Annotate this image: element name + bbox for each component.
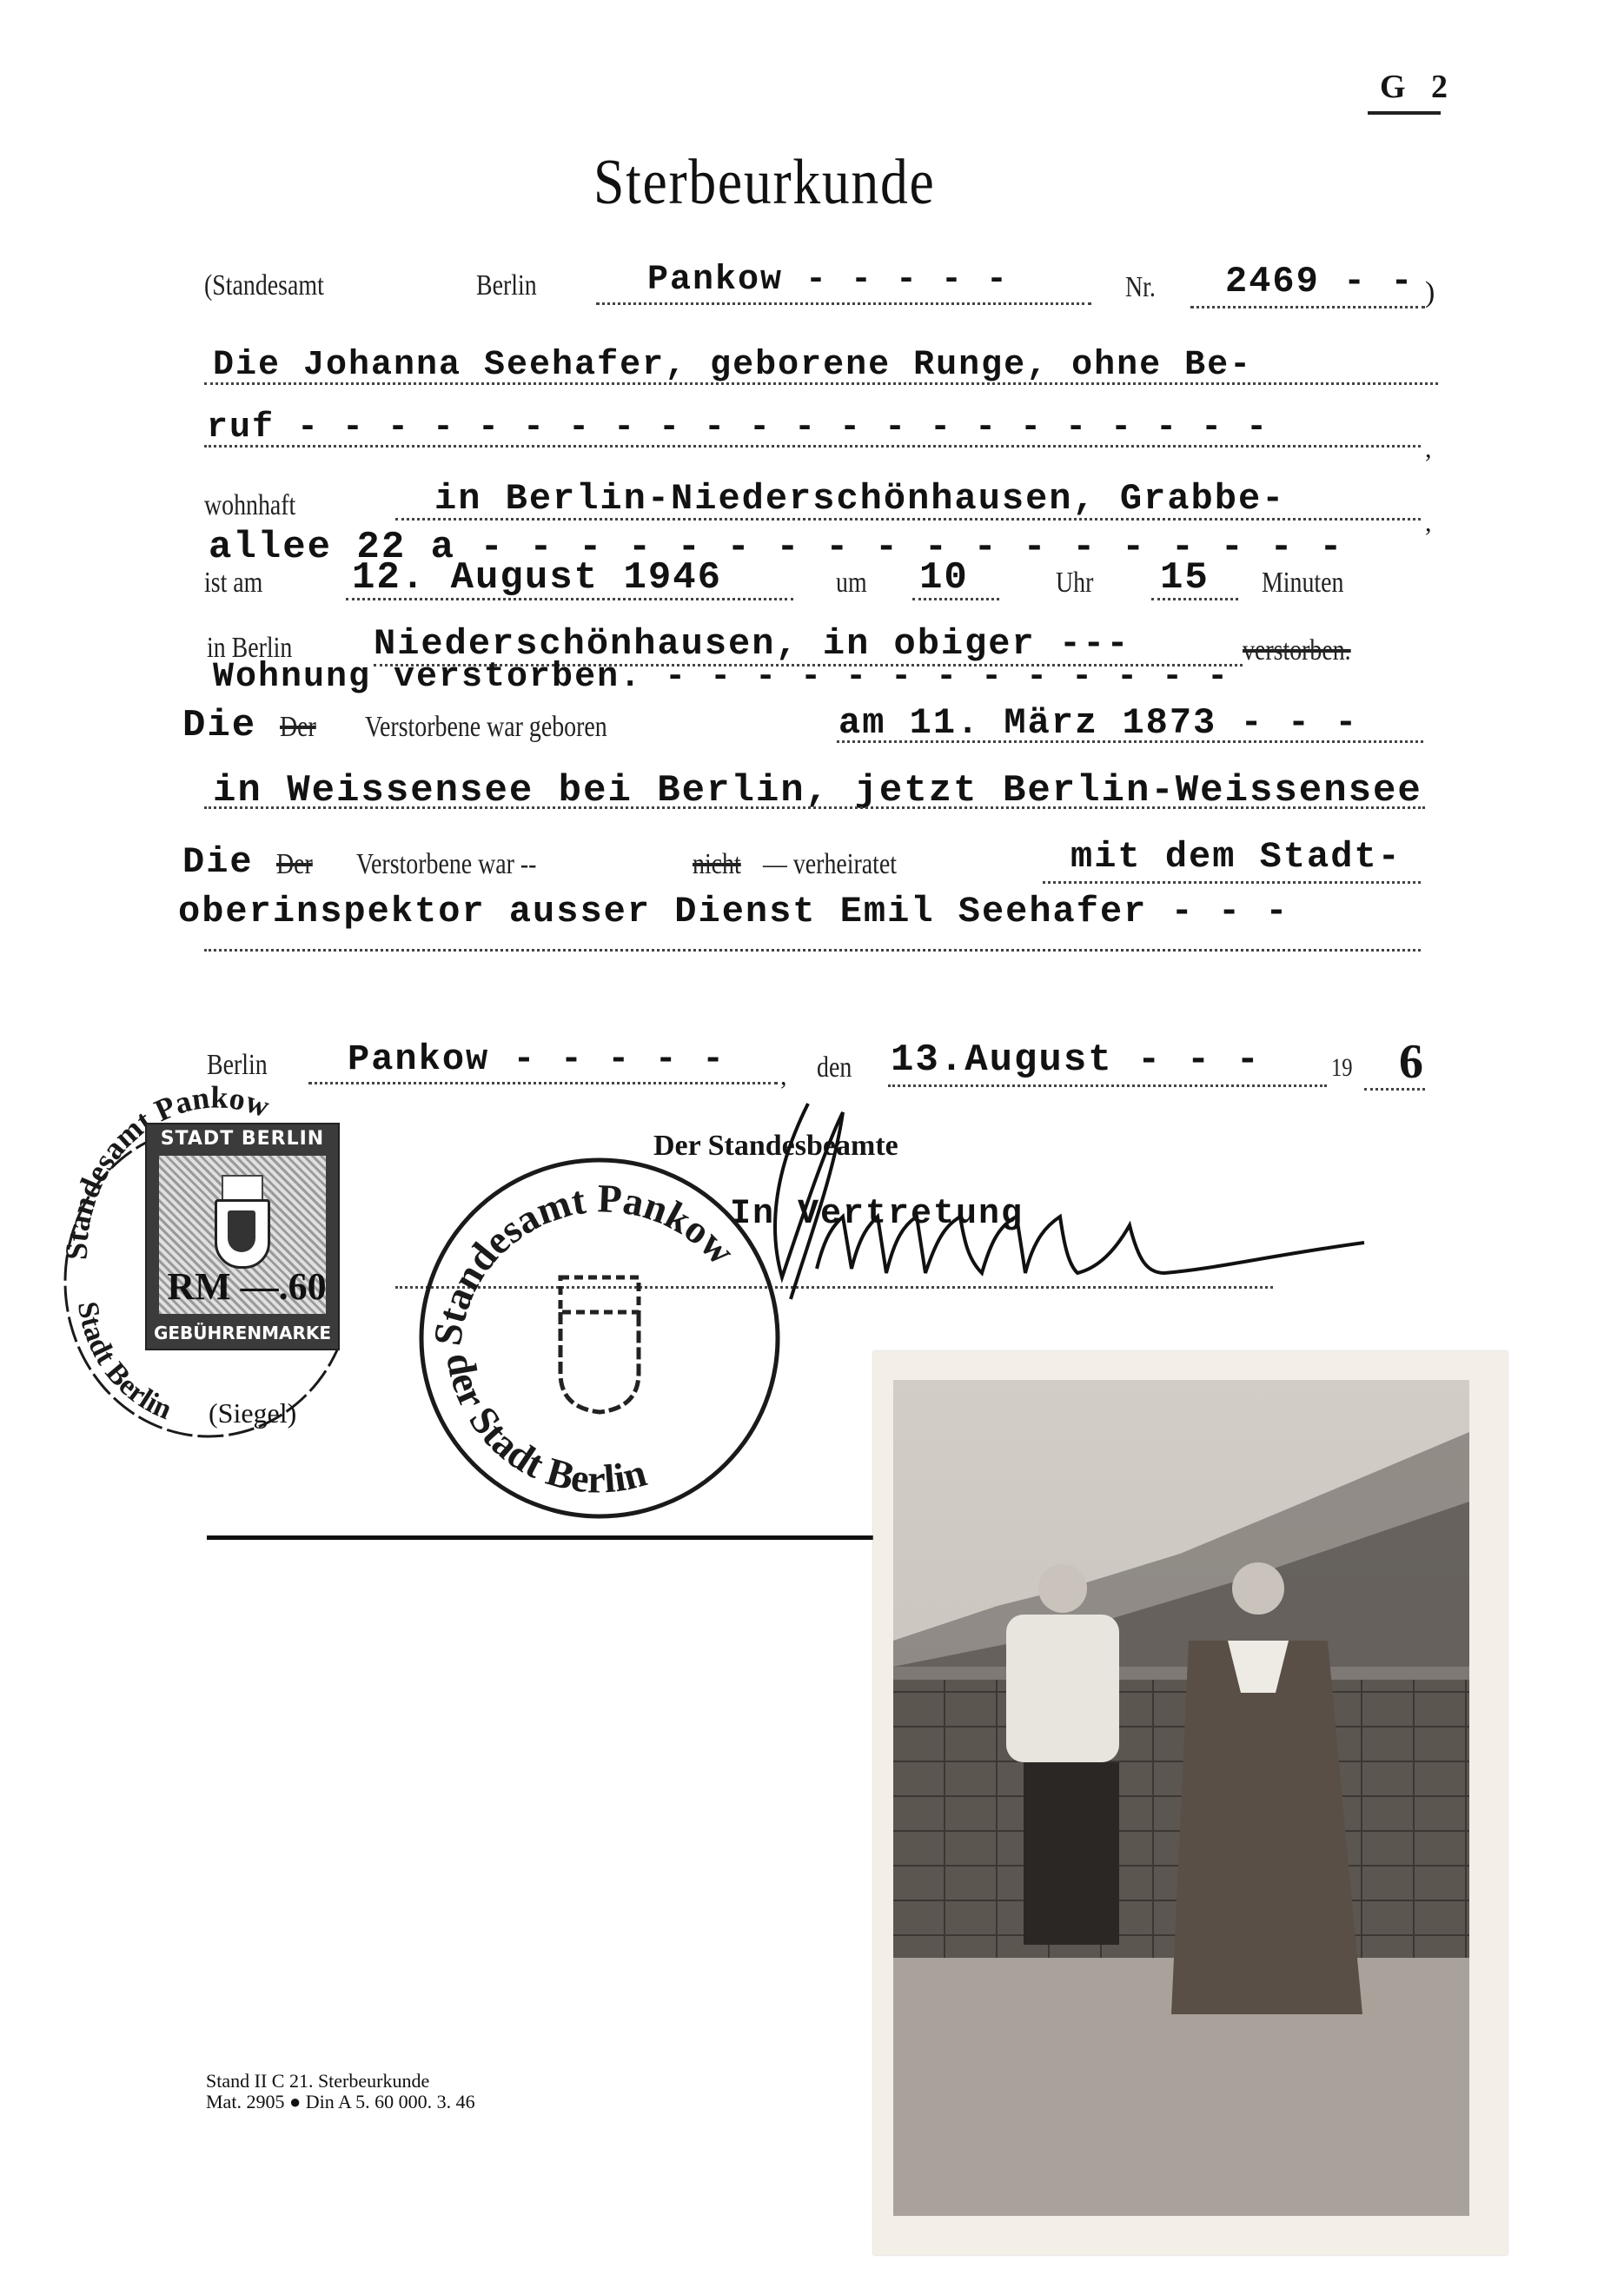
form-footer: Stand II C 21. Sterbeurkunde Mat. 2905 ●… bbox=[206, 2071, 475, 2112]
deceased-dotted-line-2 bbox=[204, 445, 1421, 448]
minutes-label: Minuten bbox=[1262, 567, 1343, 600]
fee-stamp-top-text: STADT BERLIN bbox=[147, 1128, 338, 1150]
marriage-label-b: — verheiratet bbox=[763, 848, 897, 881]
uhr-label: Uhr bbox=[1056, 567, 1093, 600]
issuance-date: 13.August - - - bbox=[891, 1038, 1261, 1082]
deceased-line-2: ruf - - - - - - - - - - - - - - - - - - … bbox=[207, 408, 1269, 448]
round-seal-bottom-text: der Stadt Berlin bbox=[438, 1350, 651, 1502]
deceased-dotted-line-1 bbox=[204, 382, 1438, 385]
record-number: 2469 - - bbox=[1225, 261, 1415, 302]
year-suffix: 6 bbox=[1399, 1034, 1423, 1090]
marriage-die-prefix: Die bbox=[182, 841, 254, 883]
deceased-line-1: Die Johanna Seehafer, geborene Runge, oh… bbox=[213, 346, 1252, 385]
seal-label: (Siegel) bbox=[209, 1397, 296, 1429]
death-hour: 10 bbox=[919, 556, 969, 600]
handwritten-signature bbox=[730, 1095, 1390, 1321]
marriage-line-2: oberinspektor ausser Dienst Emil Seehafe… bbox=[178, 891, 1289, 932]
marriage-dotted-line-1 bbox=[1043, 881, 1421, 884]
date-den-label: den bbox=[817, 1051, 852, 1084]
berlin-bear-shield-icon bbox=[215, 1199, 270, 1269]
residence-dotted-line bbox=[395, 518, 1421, 521]
residence-label: wohnhaft bbox=[204, 489, 295, 522]
svg-text:der Stadt Berlin: der Stadt Berlin bbox=[438, 1350, 651, 1502]
death-date-dotted-line bbox=[346, 598, 793, 600]
section-divider bbox=[207, 1535, 878, 1540]
footer-line-1: Stand II C 21. Sterbeurkunde bbox=[206, 2071, 475, 2092]
document-title: Sterbeurkunde bbox=[593, 146, 935, 220]
struck-verstorben: verstorben. bbox=[1243, 634, 1351, 667]
minutes-dotted-line bbox=[1151, 598, 1238, 600]
issuance-date-dotted-line bbox=[888, 1084, 1327, 1087]
birth-die-prefix: Die bbox=[182, 704, 256, 747]
birth-date: am 11. März 1873 - - - bbox=[839, 702, 1359, 744]
struck-nicht: nicht bbox=[693, 848, 741, 881]
struck-der-birth: Der bbox=[280, 711, 316, 744]
footer-line-2: Mat. 2905 ● Din A 5. 60 000. 3. 46 bbox=[206, 2092, 475, 2112]
attached-photograph bbox=[873, 1351, 1508, 2255]
issuance-office-dotted-line bbox=[308, 1082, 778, 1084]
year-dotted-line bbox=[1364, 1088, 1425, 1091]
birth-date-dotted-line bbox=[837, 740, 1423, 743]
form-code: G 2 bbox=[1380, 68, 1456, 106]
struck-der-marriage: Der bbox=[276, 848, 313, 881]
date-label: ist am bbox=[204, 567, 262, 600]
berlin-label: Berlin bbox=[476, 269, 537, 302]
number-dotted-line bbox=[1190, 306, 1425, 308]
marriage-line-1: mit dem Stadt- bbox=[1071, 836, 1402, 878]
issuance-office: Pankow - - - - - bbox=[348, 1038, 726, 1080]
residence-comma: , bbox=[1425, 508, 1432, 538]
round-official-seal: Standesamt Pankow der Stadt Berlin bbox=[408, 1147, 791, 1529]
marriage-label-a: Verstorbene war -- bbox=[356, 848, 536, 881]
standesamt-label: (Standesamt bbox=[204, 269, 324, 302]
coat-of-arms-icon bbox=[560, 1277, 639, 1412]
round-seal-top-text: Standesamt Pankow bbox=[425, 1176, 744, 1348]
number-label: Nr. bbox=[1125, 271, 1156, 304]
photo-image bbox=[893, 1380, 1469, 2216]
office-value: Pankow - - - - - bbox=[647, 261, 1009, 300]
office-dotted-line bbox=[596, 302, 1091, 305]
fee-stamp-value: RM —.60 bbox=[164, 1264, 329, 1309]
year-prefix: 19 bbox=[1331, 1053, 1353, 1083]
fee-stamp-bottom-text: GEBÜHRENMARKE bbox=[147, 1323, 338, 1343]
birth-place-dotted-line bbox=[204, 806, 1425, 809]
fee-stamp: STADT BERLIN RM —.60 GEBÜHRENMARKE bbox=[145, 1123, 340, 1350]
hour-dotted-line bbox=[912, 598, 999, 600]
svg-text:Standesamt Pankow: Standesamt Pankow bbox=[425, 1176, 744, 1348]
form-code-underline bbox=[1368, 111, 1441, 115]
birth-label: Verstorbene war geboren bbox=[365, 711, 607, 744]
marriage-dotted-line-2 bbox=[204, 949, 1421, 952]
residence-line-1: in Berlin-Niederschönhausen, Grabbe- bbox=[434, 478, 1285, 520]
hour-label: um bbox=[836, 567, 867, 600]
death-date: 12. August 1946 bbox=[352, 556, 722, 600]
issuance-comma: , bbox=[780, 1062, 787, 1091]
header-line: (Standesamt bbox=[204, 269, 350, 302]
deceased-comma: , bbox=[1425, 434, 1432, 464]
header-close-paren: ) bbox=[1425, 276, 1435, 309]
place-line-2: Wohnung verstorben. - - - - - - - - - - … bbox=[213, 658, 1230, 697]
death-minutes: 15 bbox=[1160, 556, 1210, 600]
